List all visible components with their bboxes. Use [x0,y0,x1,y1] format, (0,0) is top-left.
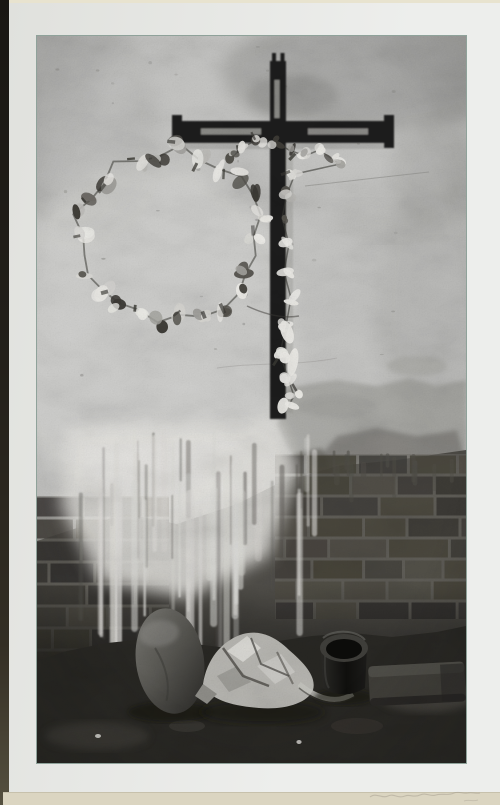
vignette [37,36,466,763]
photograph [36,35,467,764]
signature-pencil [366,785,498,805]
backdrop-left-edge [0,0,9,805]
matted-photograph [0,0,500,805]
